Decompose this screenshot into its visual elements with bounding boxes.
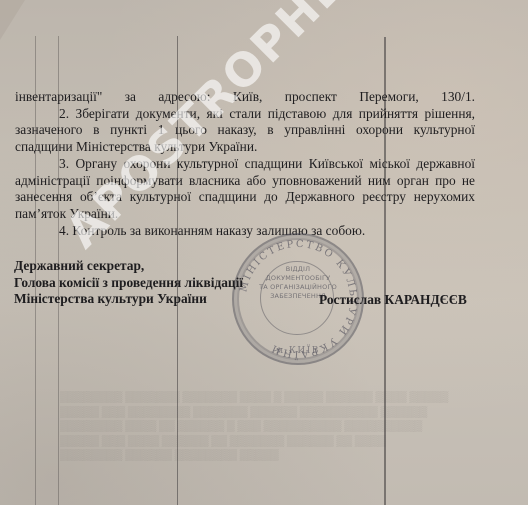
paragraph-3-line: 3. Органу охорони культурної спадщини Ки… <box>15 156 475 173</box>
signature-title-block: Державний секретар, Голова комісії з про… <box>14 258 243 308</box>
body-line: зазначеного в пункті 1 цього наказу, в у… <box>15 122 475 139</box>
signer-name: Ростислав КАРАНДЄЄВ <box>319 292 467 309</box>
body-line: спадщини Міністерства культури України. <box>15 139 475 156</box>
signer-position-line: Голова комісії з проведення ліквідації <box>14 275 243 292</box>
signer-position-line: Державний секретар, <box>14 258 243 275</box>
body-line: адміністрації поінформувати власника або… <box>15 173 475 190</box>
stamp-line: ВІДДІЛ <box>252 265 344 274</box>
stamp-line: ТА ОРГАНІЗАЦІЙНОГО <box>252 283 344 292</box>
paragraph-2-line: 2. Зберігати документи, які стали підста… <box>15 106 475 123</box>
signer-position-line: Міністерства культури України <box>14 291 243 308</box>
stamp-line: ДОКУМЕНТООБІГУ <box>252 274 344 283</box>
paper-corner-fold <box>0 0 25 40</box>
bleed-through-text: ▒▒▒▒▒▒▒▒ ▒▒▒▒▒▒▒ ▒▒▒▒▒▒▒ ▒▒▒▒ ▒ ▒▒▒▒▒ ▒▒… <box>60 390 500 463</box>
svg-text:м.КИЇВ: м.КИЇВ <box>276 344 320 356</box>
